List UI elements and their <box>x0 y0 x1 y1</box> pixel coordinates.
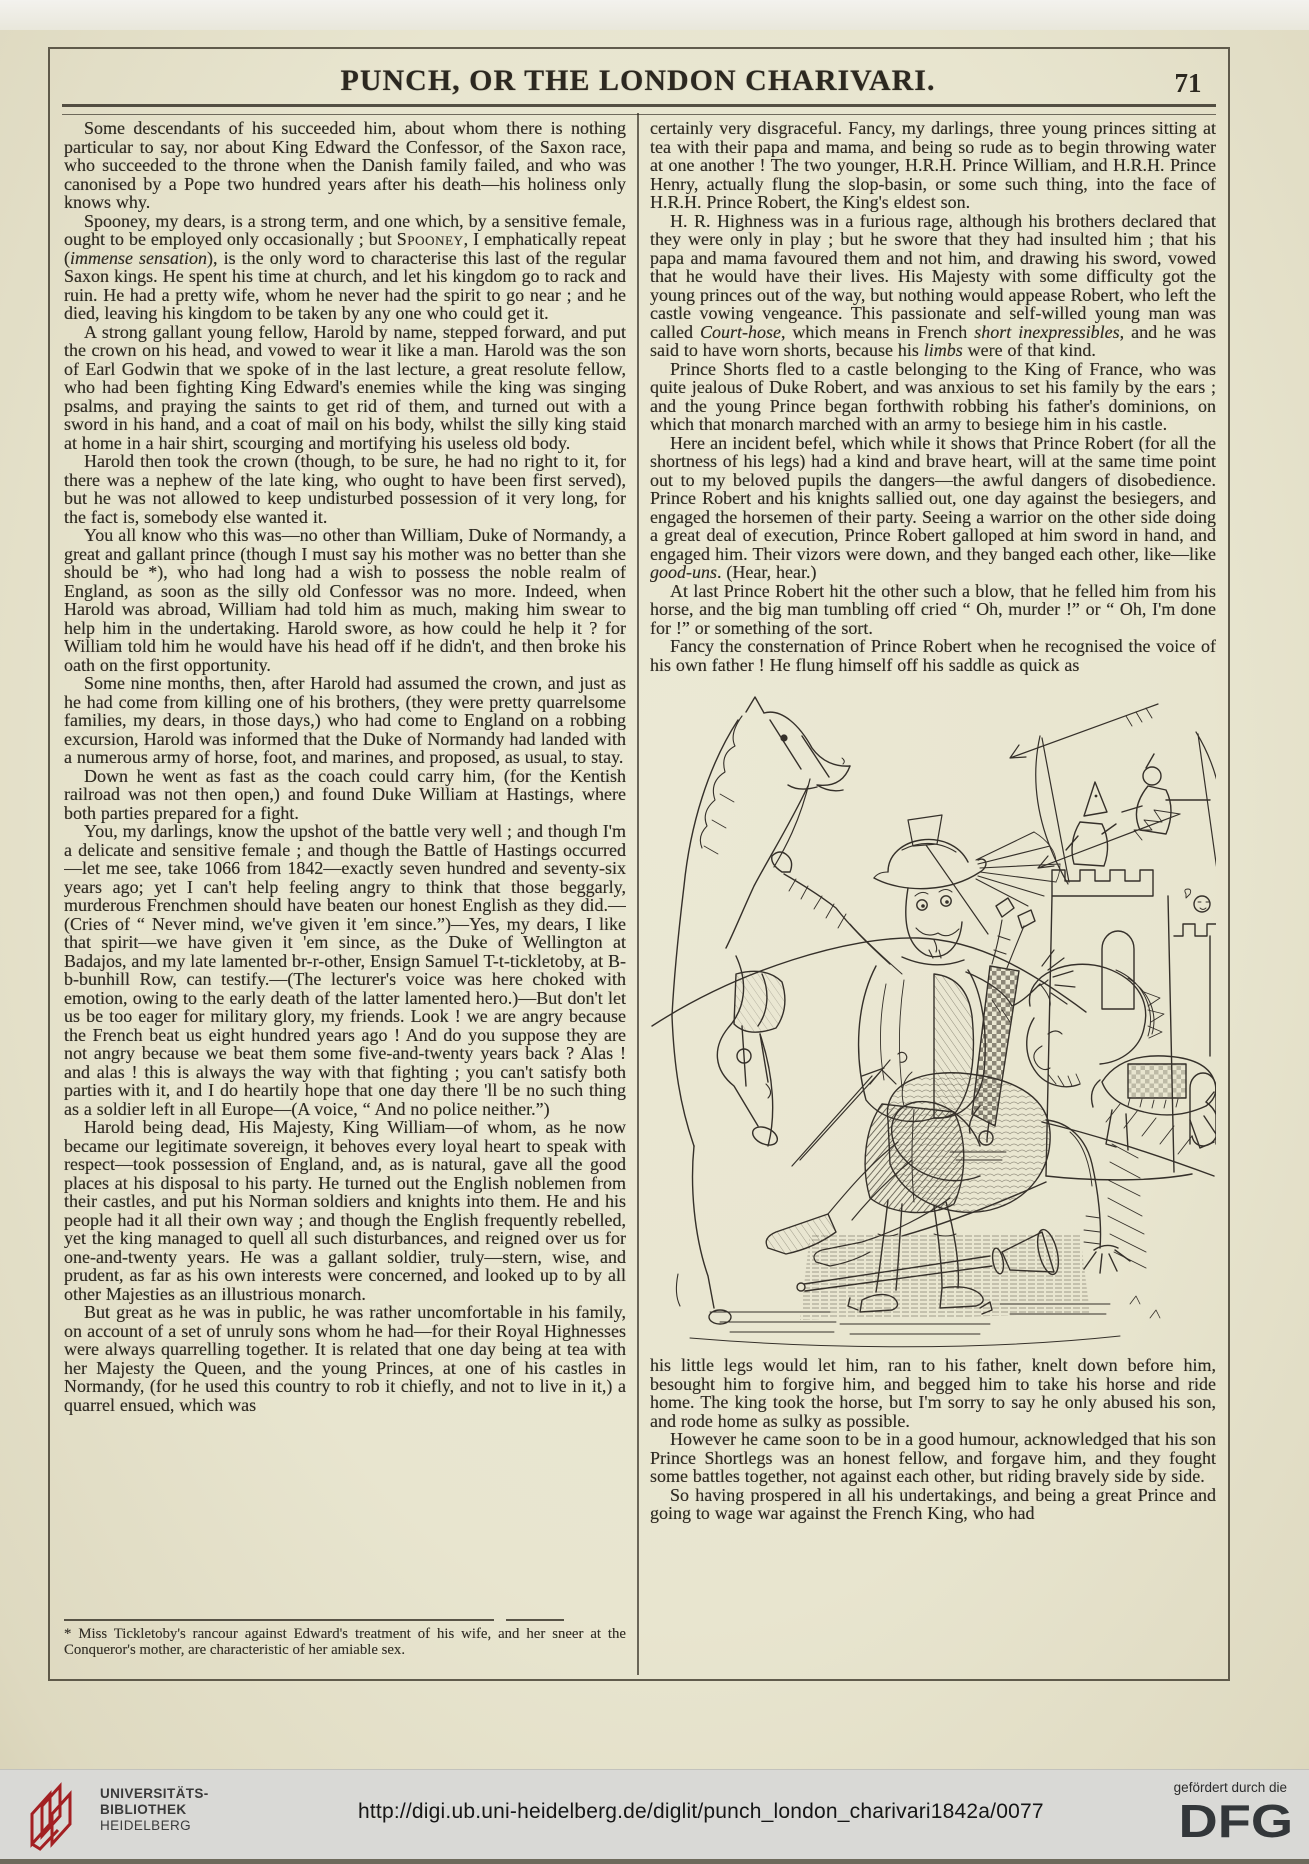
text-columns: Some descendants of his succeeded him, a… <box>64 119 1216 1675</box>
illustration-svg <box>650 674 1216 1356</box>
dfg-logo: DFG <box>1178 1794 1293 1848</box>
right-column-text-below: his little legs would let him, ran to hi… <box>650 1356 1216 1523</box>
paragraph: Some descendants of his succeeded him, a… <box>64 119 626 212</box>
right-column: certainly very disgraceful. Fancy, my da… <box>650 119 1216 1675</box>
paragraph: his little legs would let him, ran to hi… <box>650 1356 1216 1430</box>
stray-horse <box>1092 1056 1216 1150</box>
library-line2: BIBLIOTHEK <box>100 1802 209 1818</box>
paragraph: Spooney, my dears, is a strong term, and… <box>64 212 626 323</box>
left-column-text: Some descendants of his succeeded him, a… <box>64 119 626 1414</box>
paragraph: Harold then took the crown (though, to b… <box>64 452 626 526</box>
paragraph: At last Prince Robert hit the other such… <box>650 582 1216 638</box>
paragraph: Fancy the consternation of Prince Robert… <box>650 637 1216 674</box>
footnote-block: * Miss Tickletoby's rancour against Edwa… <box>64 1619 626 1659</box>
digitization-footer: UNIVERSITÄTS- BIBLIOTHEK HEIDELBERG http… <box>0 1769 1309 1860</box>
paragraph: You all know who this was—no other than … <box>64 526 626 674</box>
paragraph: But great as he was in public, he was ra… <box>64 1303 626 1414</box>
page-number: 71 <box>1150 68 1226 99</box>
funding-label: gefördert durch die <box>1174 1780 1287 1795</box>
paragraph: You, my darlings, know the upshot of the… <box>64 822 626 1118</box>
page-title: PUNCH, OR THE LONDON CHARIVARI. <box>48 64 1228 98</box>
library-line3: HEIDELBERG <box>100 1818 209 1834</box>
right-column-text-above: certainly very disgraceful. Fancy, my da… <box>650 119 1216 674</box>
archers-on-tower <box>1036 732 1216 912</box>
paragraph: certainly very disgraceful. Fancy, my da… <box>650 119 1216 212</box>
scanner-edge <box>0 0 1309 30</box>
paragraph: Down he went as fast as the coach could … <box>64 767 626 823</box>
left-column: Some descendants of his succeeded him, a… <box>64 119 626 1675</box>
scanned-page: PUNCH, OR THE LONDON CHARIVARI. 71 Some … <box>0 0 1309 1864</box>
university-library-name: UNIVERSITÄTS- BIBLIOTHEK HEIDELBERG <box>100 1786 209 1834</box>
masthead-rule <box>62 104 1216 115</box>
paragraph: Here an incident befel, which while it s… <box>650 434 1216 582</box>
paragraph: So having prospered in all his undertaki… <box>650 1486 1216 1523</box>
footnote-rule <box>64 1619 626 1621</box>
footnote-text: * Miss Tickletoby's rancour against Edwa… <box>64 1626 626 1659</box>
ground-shading <box>690 1234 1160 1347</box>
university-library-logo-icon <box>24 1778 86 1852</box>
paragraph: However he came soon to be in a good hum… <box>650 1430 1216 1486</box>
paragraph: Some nine months, then, after Harold had… <box>64 674 626 767</box>
library-line1: UNIVERSITÄTS- <box>100 1786 209 1802</box>
scan-bottom-edge <box>0 1859 1309 1864</box>
paragraph: Prince Shorts fled to a castle belonging… <box>650 360 1216 434</box>
paragraph: H. R. Highness was in a furious rage, al… <box>650 212 1216 360</box>
illustration <box>650 674 1216 1356</box>
paragraph: Harold being dead, His Majesty, King Wil… <box>64 1118 626 1303</box>
paragraph: A strong gallant young fellow, Harold by… <box>64 323 626 453</box>
source-url: http://digi.ub.uni-heidelberg.de/diglit/… <box>358 1800 1058 1824</box>
